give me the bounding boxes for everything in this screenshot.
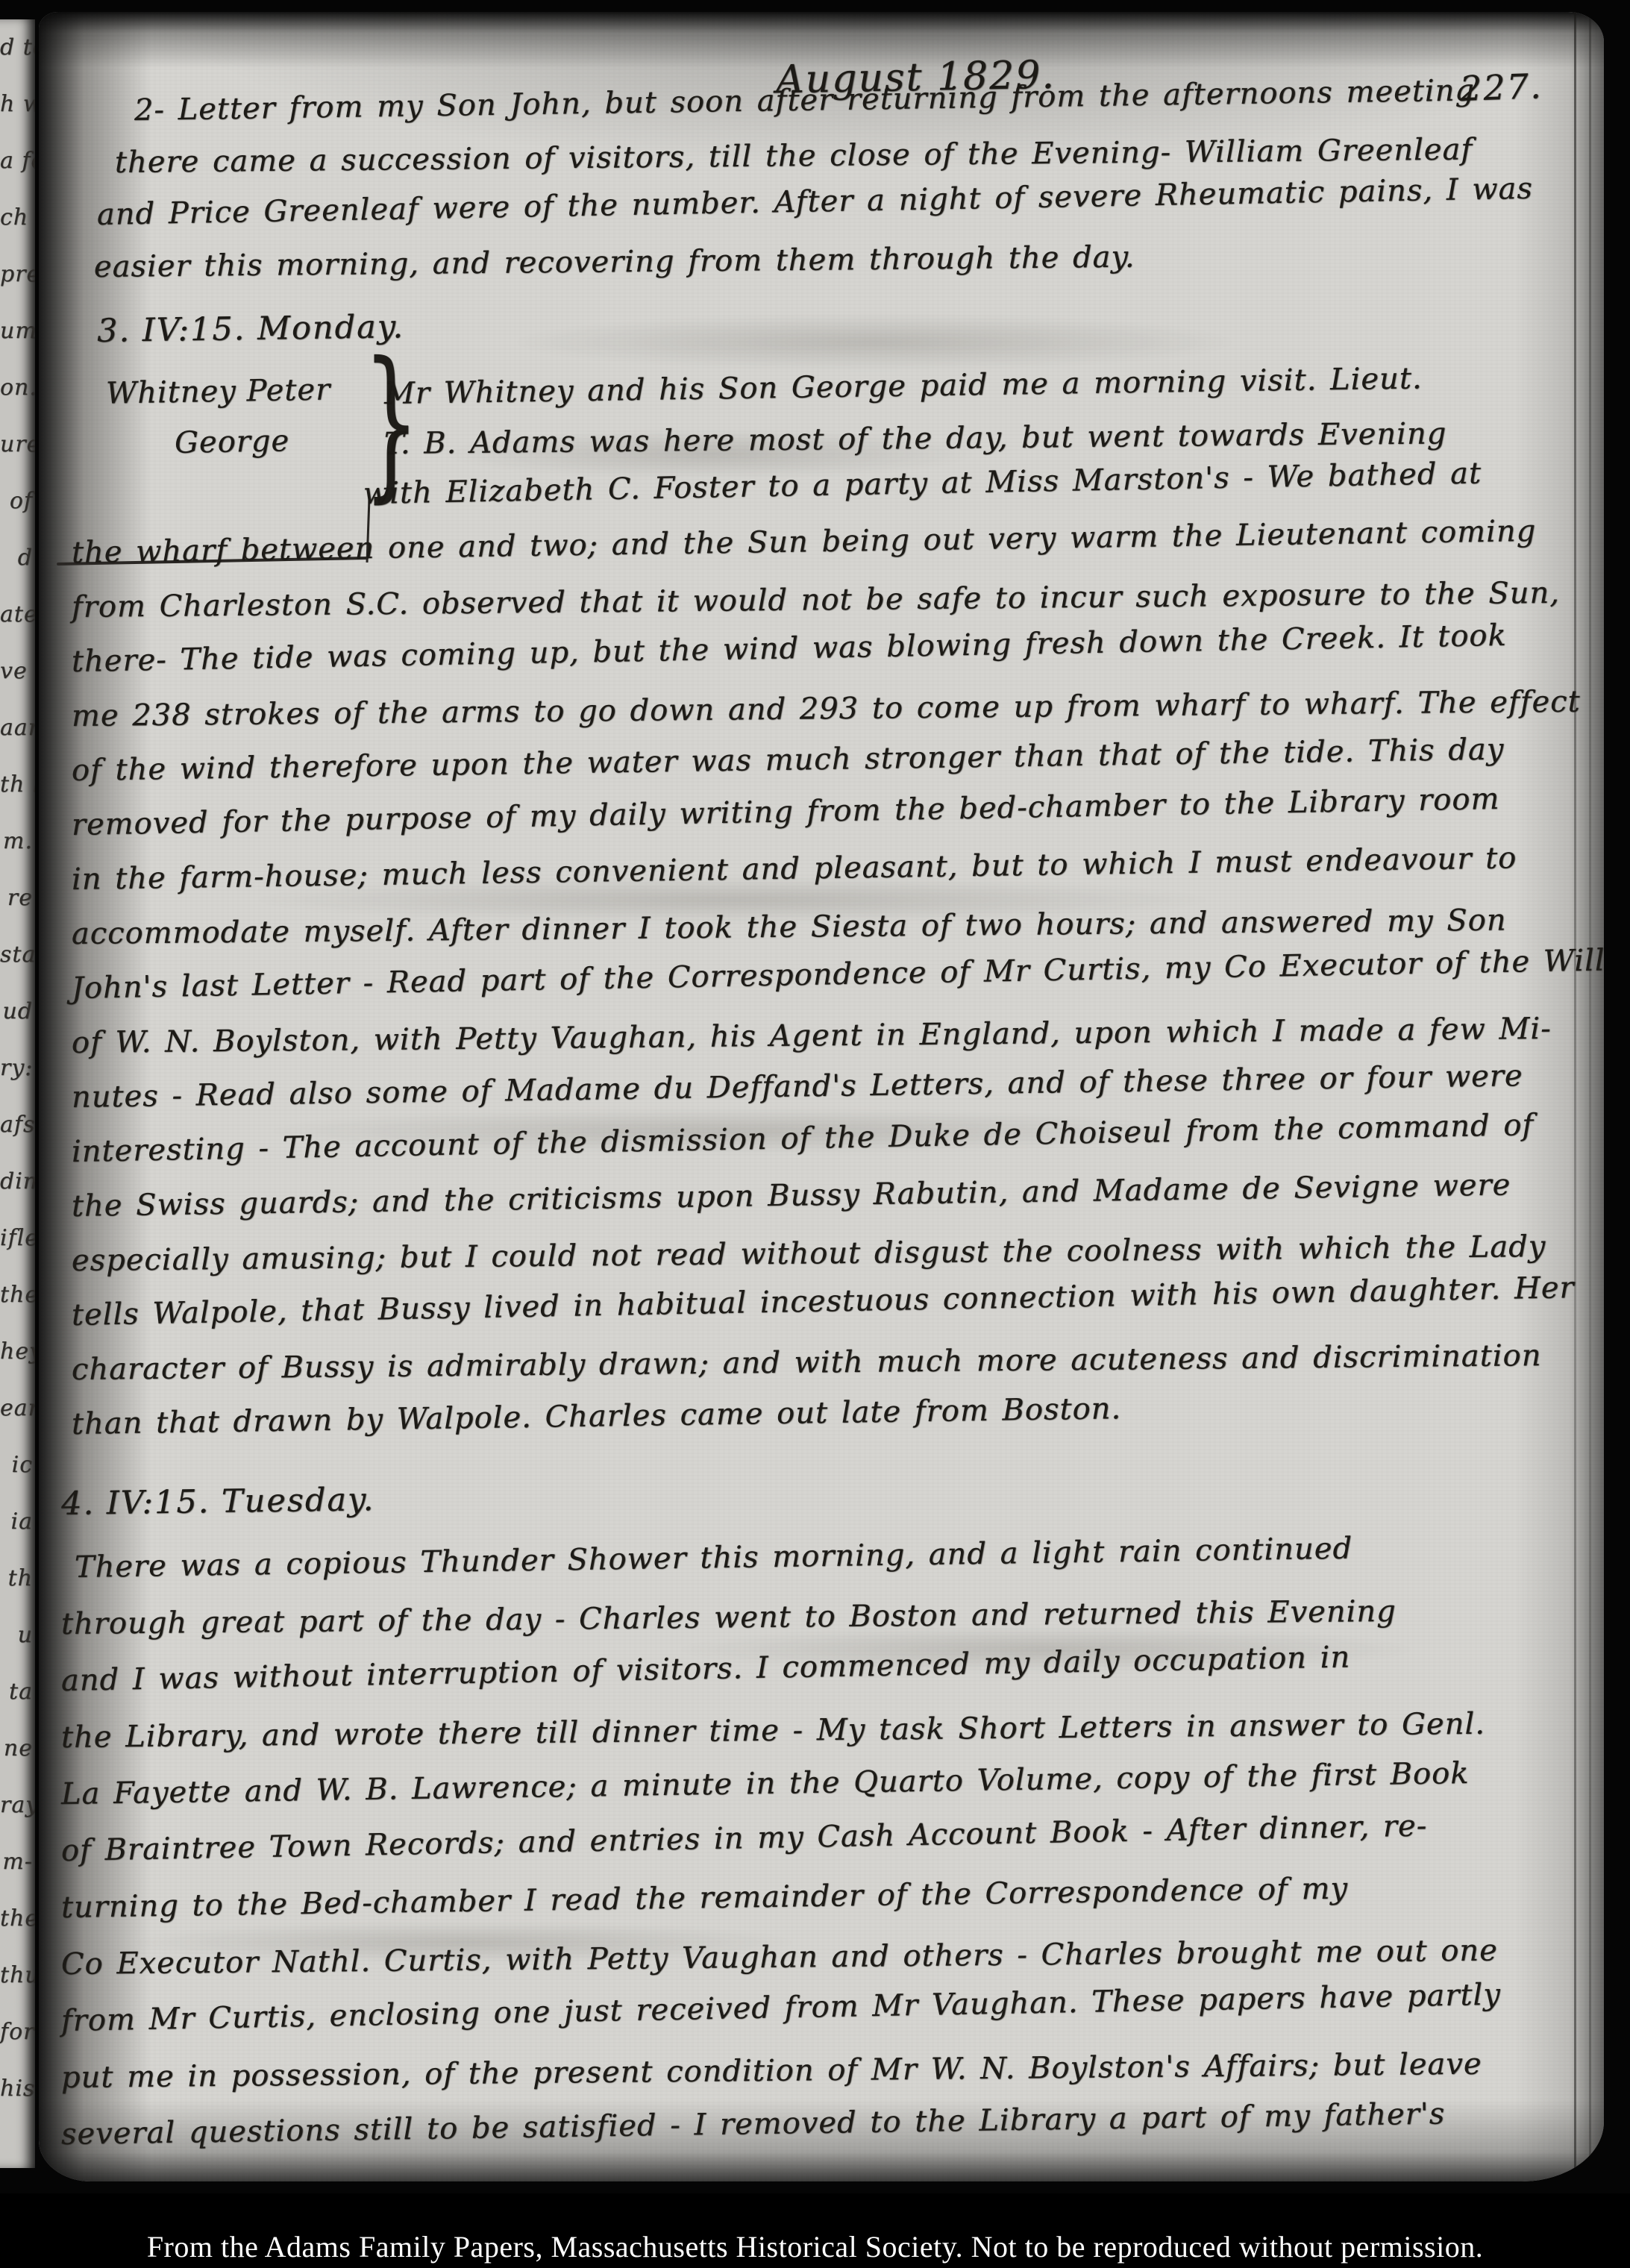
facing-page-text-fragment: th hum [0, 756, 35, 813]
facing-page-text-fragment: ray [0, 1777, 35, 1834]
facing-page-text-fragment: thus [0, 1947, 35, 2004]
entry-heading-tuesday: 4. IV:15. Tuesday. [61, 1481, 375, 1523]
facing-page-text-fragment: hey [0, 1323, 35, 1380]
credit-text: From the Adams Family Papers, Massachuse… [0, 2229, 1630, 2264]
facing-page-text-fragment: the [0, 1890, 35, 1947]
facing-page-text-fragment: for [0, 2004, 35, 2061]
facing-page-text-fragment: ater [0, 586, 35, 643]
facing-page-text-fragment: d to be [0, 19, 35, 76]
facing-page-text-fragment: afsed [0, 1097, 35, 1153]
credit-bar: From the Adams Family Papers, Massachuse… [0, 2193, 1630, 2268]
facing-page-text-fragment: um [0, 303, 35, 360]
facing-page-text-fragment: ifled [0, 1210, 35, 1267]
facing-page-text-fragment: u [0, 1607, 35, 1664]
facing-page-text-fragment: ud [0, 983, 35, 1040]
facing-page-text-fragment: dim [0, 1153, 35, 1210]
facing-page-text-fragment: m- [0, 1834, 35, 1890]
facing-page-text-fragment: his [0, 2061, 35, 2117]
diary-entry-aug3-visit: Mr Whitney and his Son George paid me a … [384, 369, 1482, 519]
facing-page-text-fragment: stay [0, 927, 35, 983]
facing-page-text-fragment: ry: [0, 1040, 35, 1097]
margin-visitor-name: Whitney Peter [105, 365, 330, 419]
facing-page-text-fragment: a form [0, 133, 35, 189]
facing-page-text-fragment: on. [0, 360, 35, 416]
manuscript-page: August 1829. 227. 2- Letter from my Son … [39, 12, 1604, 2181]
diary-entry-aug4-body: There was a copious Thunder Shower this … [61, 1539, 1501, 2163]
facing-page-text-fragment: m. [0, 813, 35, 870]
facing-page-text-fragment: ta [0, 1664, 35, 1720]
facing-page-text-fragment: th [0, 1550, 35, 1607]
facing-page-text-fragment: of [0, 473, 35, 530]
facing-page-text-fragment: ne [0, 1720, 35, 1777]
facing-page-text-fragment: ch we [0, 189, 35, 246]
facing-page-text-fragment: ia [0, 1494, 35, 1550]
diary-entry-aug2: 2- Letter from my Son John, but soon aft… [97, 84, 1533, 293]
facing-page-text-fragment: ear. [0, 1380, 35, 1437]
facing-page-text-fragment: ure [0, 416, 35, 473]
facing-page-text-fragment: the [0, 1267, 35, 1323]
facing-page-text-fragment: ve a [0, 643, 35, 700]
facing-page-text-fragment: d [0, 530, 35, 586]
facing-page-edge: d to beh willa formch weprepartumon.ureo… [0, 19, 35, 2168]
margin-visitor-name: George [174, 416, 330, 469]
facing-page-text-fragment: prepart [0, 246, 35, 303]
facing-page-text-fragment: h will [0, 76, 35, 133]
diary-entry-aug3-body: the wharf between one and two; and the S… [72, 526, 1604, 1452]
manuscript-scan-photo: d to beh willa formch weprepartumon.ureo… [0, 0, 1630, 2268]
entry-heading-monday: 3. IV:15. Monday. [97, 308, 405, 350]
margin-visitor-names: Whitney PeterGeorge [106, 367, 330, 467]
facing-page-text-fragment: aand [0, 700, 35, 756]
facing-page-text-fragment: re [0, 870, 35, 927]
facing-page-text-fragment: ic [0, 1437, 35, 1494]
